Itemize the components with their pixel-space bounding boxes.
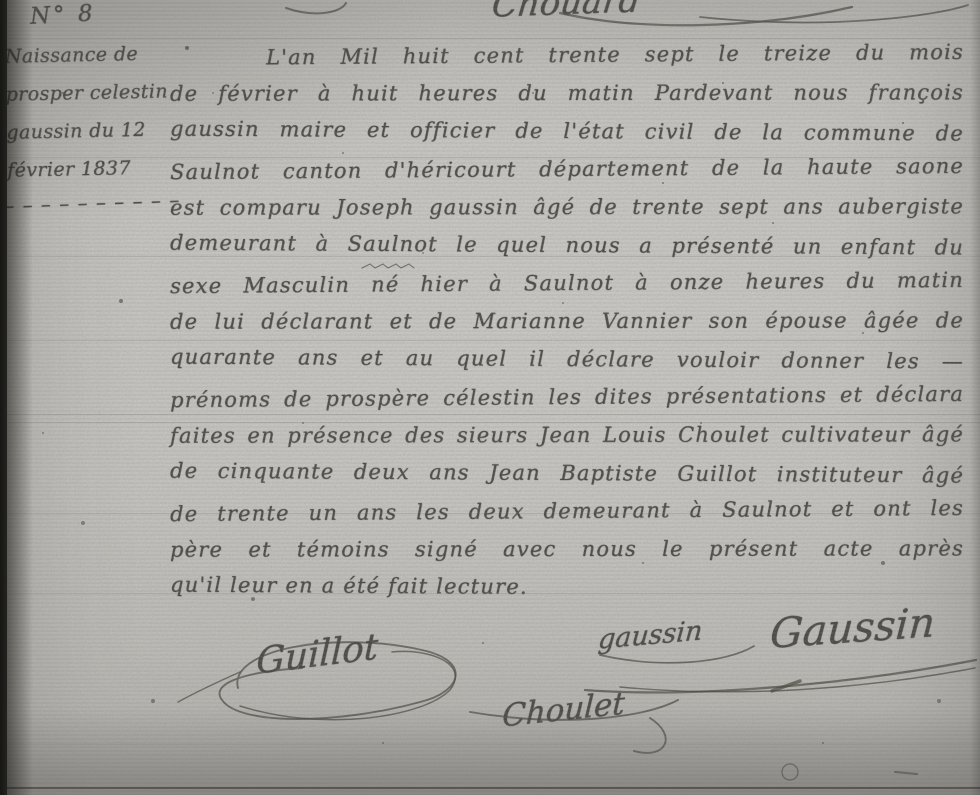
text-line: de trente un ans les deux demeurant à Sa…: [170, 489, 964, 533]
film-gap-line: [0, 787, 980, 789]
text-line: gaussin maire et officier de l'état civi…: [170, 110, 964, 153]
bottom-page-shade: [0, 710, 980, 795]
act-number: N° 8: [29, 0, 96, 29]
partial-signature-top: Chouard: [490, 0, 643, 26]
text-line: quarante ans et au quel il déclare voulo…: [170, 338, 964, 381]
text-line: demeurant à Saulnot le quel nous a prése…: [170, 224, 964, 267]
text-line: sexe Masculin né hier à Saulnot à onze h…: [170, 261, 964, 305]
film-edge-left: [0, 0, 7, 795]
signature-gaussin-small: gaussin: [597, 615, 704, 655]
text-line: Saulnot canton d'héricourt département d…: [170, 147, 964, 191]
register-scan-page: N° 8 Naissance de prosper celestin gauss…: [0, 0, 980, 795]
text-line: faites en présence des sieurs Jean Louis…: [170, 415, 964, 454]
text-line: de cinquante deux ans Jean Baptiste Guil…: [170, 452, 964, 495]
film-edge-shadow: [7, 0, 33, 795]
text-line: prénoms de prospère célestin les dites p…: [170, 375, 964, 419]
act-body-text: L'an Mil huit cent trente sept le treize…: [170, 36, 964, 606]
text-line: père et témoins signé avec nous le prése…: [170, 529, 964, 568]
text-line: de lui déclarant et de Marianne Vannier …: [170, 301, 964, 340]
text-line: qu'il leur en a été fait lecture.: [170, 566, 964, 609]
signature-gaussin-large: Gaussin: [769, 598, 937, 658]
signature-guillot: Guillot: [256, 626, 379, 682]
right-edge-shade: [970, 0, 980, 795]
text-line: L'an Mil huit cent trente sept le treize…: [170, 33, 964, 77]
text-line: est comparu Joseph gaussin âgé de trente…: [170, 187, 964, 226]
text-line: de février à huit heures du matin Pardev…: [170, 73, 964, 112]
